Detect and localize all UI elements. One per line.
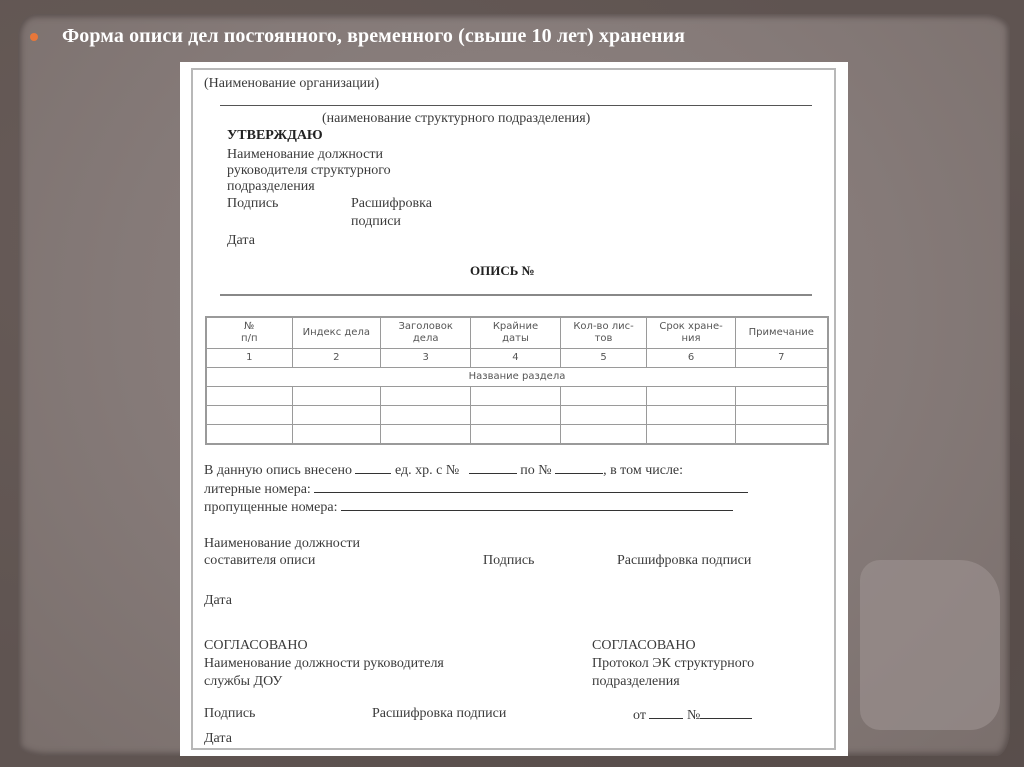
- table-cell: [206, 387, 292, 406]
- column-header: Кол-во лис-тов: [560, 317, 647, 349]
- agreed-left-date: Дата: [204, 731, 232, 747]
- agreed-right-line-2: подразделения: [592, 674, 680, 690]
- compiler-signature: Подпись: [483, 553, 534, 569]
- section-label: Название раздела: [206, 368, 828, 387]
- table-cell: [206, 425, 292, 445]
- summary-text-a: В данную опись внесено: [204, 463, 352, 478]
- org-underline: [220, 105, 812, 106]
- approve-position-3: подразделения: [227, 179, 315, 195]
- column-header-text: даты: [473, 333, 557, 345]
- compiler-decode: Расшифровка подписи: [617, 553, 751, 569]
- literal-numbers-line: литерные номера:: [204, 480, 748, 498]
- summary-text-c: по №: [520, 463, 551, 478]
- column-header-text: Крайние: [473, 321, 557, 333]
- table-cell: [735, 425, 828, 445]
- table-cell: [471, 425, 560, 445]
- column-header-text: Заголовок: [383, 321, 468, 333]
- approve-position-2: руководителя структурного: [227, 163, 391, 179]
- table-cell: [647, 387, 735, 406]
- column-header: Индекс дела: [292, 317, 381, 349]
- missing-numbers-label: пропущенные номера:: [204, 500, 338, 515]
- count-blank: [355, 461, 391, 474]
- column-header: №п/п: [206, 317, 292, 349]
- inventory-table: №п/пИндекс делаЗаголовокделаКрайниедатыК…: [205, 316, 829, 445]
- from-number-blank: [469, 461, 517, 474]
- compiler-position-1: Наименование должности: [204, 536, 360, 552]
- column-header-text: п/п: [209, 333, 290, 345]
- table-cell: [560, 406, 647, 425]
- column-number: 7: [735, 349, 828, 368]
- table-cell: [206, 406, 292, 425]
- to-number-blank: [555, 461, 603, 474]
- opis-underline: [220, 294, 812, 296]
- column-header-text: Примечание: [738, 327, 825, 339]
- subdivision-label: (наименование структурного подразделения…: [322, 111, 590, 127]
- agreed-left-line-2: службы ДОУ: [204, 674, 282, 690]
- table-cell: [381, 425, 471, 445]
- approve-signature: Подпись: [227, 196, 278, 212]
- column-number: 4: [471, 349, 560, 368]
- agreed-left-line-1: Наименование должности руководителя: [204, 656, 444, 672]
- table-header-row: №п/пИндекс делаЗаголовокделаКрайниедатыК…: [206, 317, 828, 349]
- table-cell: [735, 387, 828, 406]
- bullet-icon: [30, 33, 38, 41]
- agreed-left-decode: Расшифровка подписи: [372, 706, 506, 722]
- table-cell: [381, 387, 471, 406]
- missing-numbers-line: пропущенные номера:: [204, 498, 733, 516]
- compiler-date: Дата: [204, 593, 232, 609]
- table-cell: [471, 406, 560, 425]
- approve-decode-1: Расшифровка: [351, 196, 432, 212]
- agreed-left-signature: Подпись: [204, 706, 255, 722]
- literal-numbers-blank: [314, 480, 748, 493]
- column-header-text: тов: [563, 333, 645, 345]
- table-cell: [560, 387, 647, 406]
- column-header-text: Индекс дела: [295, 327, 379, 339]
- table-row: [206, 425, 828, 445]
- agreed-left-heading: СОГЛАСОВАНО: [204, 638, 308, 654]
- table-cell: [647, 425, 735, 445]
- column-header: Заголовокдела: [381, 317, 471, 349]
- table-cell: [381, 406, 471, 425]
- column-header-text: дела: [383, 333, 468, 345]
- column-number: 3: [381, 349, 471, 368]
- protocol-date-line: от №: [633, 706, 752, 724]
- agreed-right-line-1: Протокол ЭК структурного: [592, 656, 754, 672]
- protocol-from-label: от: [633, 708, 646, 723]
- table-cell: [471, 387, 560, 406]
- protocol-number-blank: [700, 706, 752, 719]
- column-header-text: Срок хране-: [649, 321, 732, 333]
- column-number: 1: [206, 349, 292, 368]
- table-cell: [292, 425, 381, 445]
- column-header: Крайниедаты: [471, 317, 560, 349]
- missing-numbers-blank: [341, 498, 733, 511]
- table-cell: [735, 406, 828, 425]
- opis-title: ОПИСЬ №: [470, 263, 535, 279]
- paper-highlight: [860, 560, 1000, 730]
- column-number: 2: [292, 349, 381, 368]
- approve-heading: УТВЕРЖДАЮ: [227, 128, 323, 144]
- column-header: Срок хране-ния: [647, 317, 735, 349]
- approve-decode-2: подписи: [351, 214, 401, 230]
- table-cell: [560, 425, 647, 445]
- table-cell: [292, 387, 381, 406]
- slide-title: Форма описи дел постоянного, временного …: [62, 25, 685, 48]
- table-cell: [292, 406, 381, 425]
- agreed-right-heading: СОГЛАСОВАНО: [592, 638, 696, 654]
- protocol-number-label: №: [687, 708, 700, 723]
- column-number-row: 1234567: [206, 349, 828, 368]
- table-row: [206, 406, 828, 425]
- summary-line-1: В данную опись внесено ед. хр. с № по № …: [204, 461, 683, 479]
- summary-text-b: ед. хр. с №: [395, 463, 459, 478]
- column-header-text: Кол-во лис-: [563, 321, 645, 333]
- column-number: 5: [560, 349, 647, 368]
- column-header: Примечание: [735, 317, 828, 349]
- compiler-position-2: составителя описи: [204, 553, 315, 569]
- table-cell: [647, 406, 735, 425]
- table-row: [206, 387, 828, 406]
- approve-position-1: Наименование должности: [227, 147, 383, 163]
- form-document: (Наименование организации) (наименование…: [180, 62, 848, 756]
- summary-text-d: , в том числе:: [603, 463, 683, 478]
- org-label: (Наименование организации): [204, 76, 379, 92]
- approve-date: Дата: [227, 233, 255, 249]
- column-header-text: ния: [649, 333, 732, 345]
- literal-numbers-label: литерные номера:: [204, 482, 311, 497]
- column-number: 6: [647, 349, 735, 368]
- protocol-date-blank: [649, 706, 683, 719]
- section-row: Название раздела: [206, 368, 828, 387]
- column-header-text: №: [209, 321, 290, 333]
- slide-title-row: Форма описи дел постоянного, временного …: [30, 18, 685, 54]
